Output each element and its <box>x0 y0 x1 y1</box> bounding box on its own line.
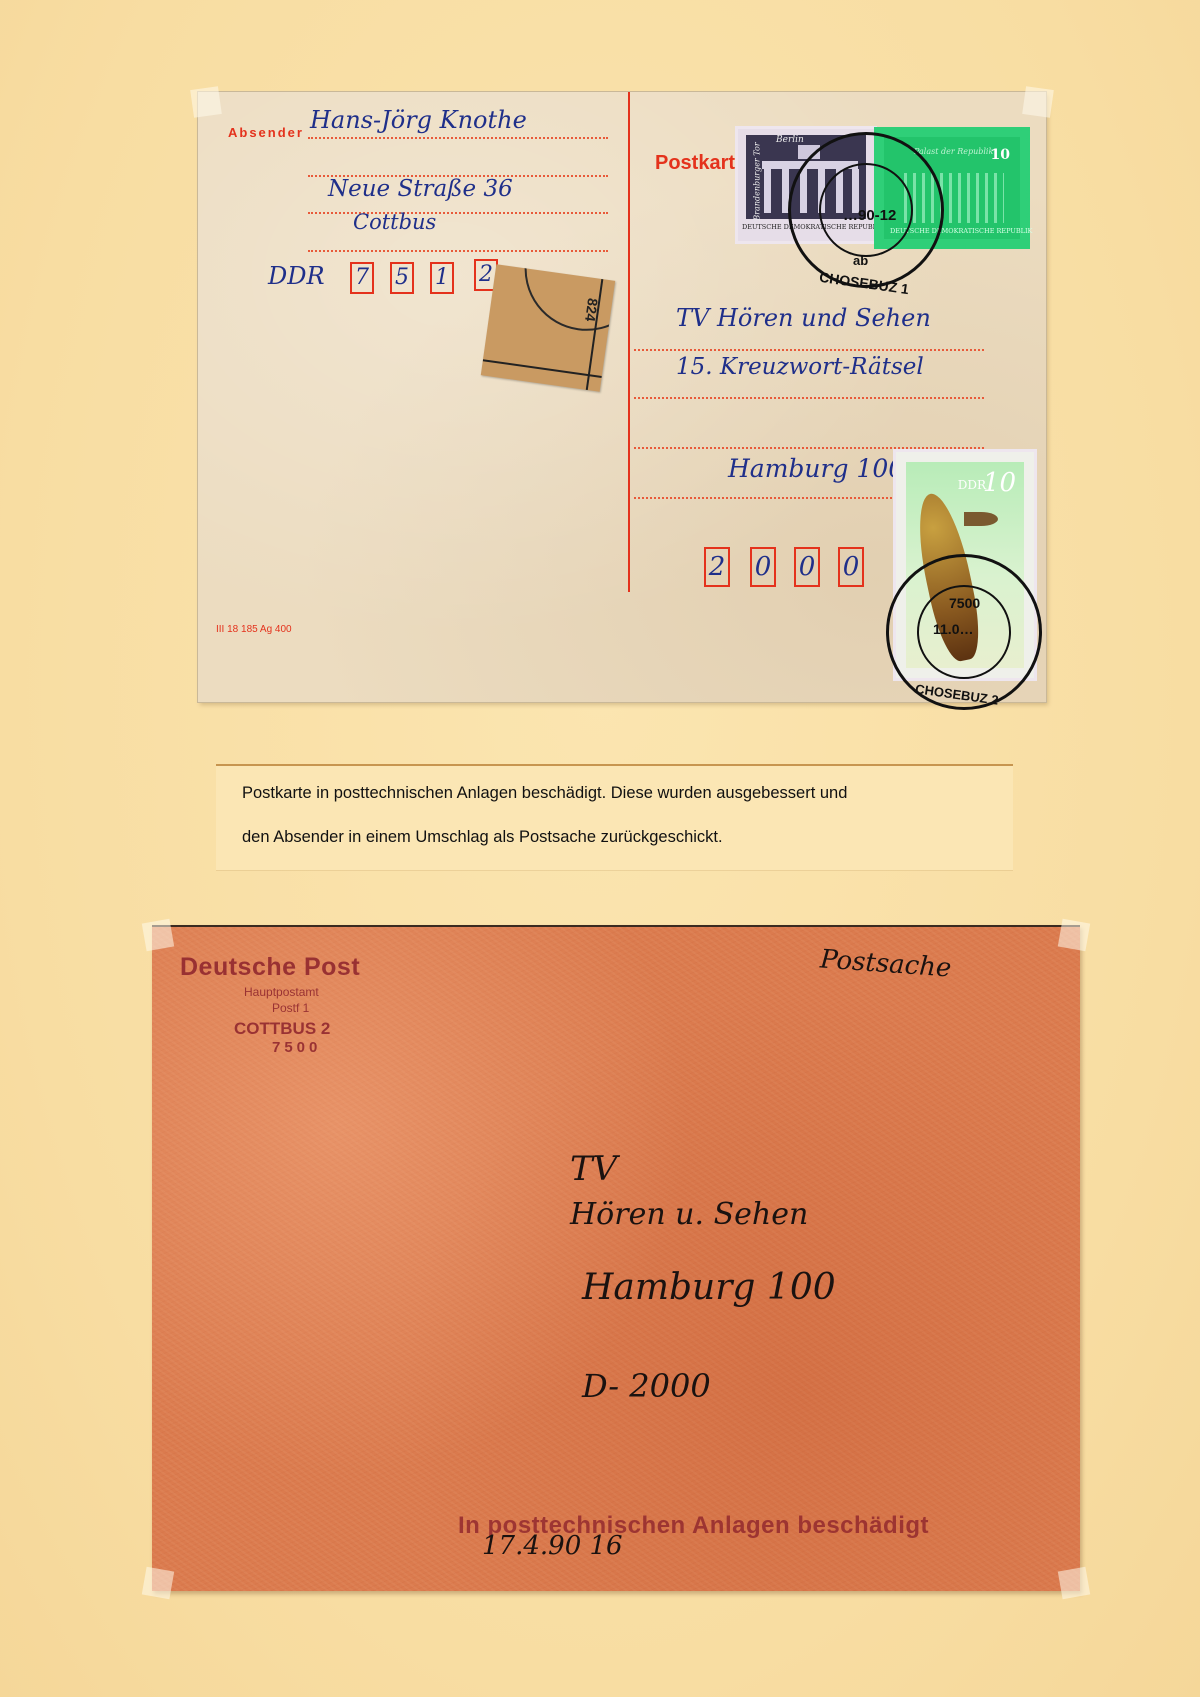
sender-zip-box: 7 <box>350 262 374 294</box>
dotted-line <box>308 137 608 139</box>
card-title: Postkarte <box>655 152 746 175</box>
repair-label: 824 <box>481 264 615 392</box>
recipient-zip-box: 0 <box>838 547 864 587</box>
dotted-line <box>634 497 904 499</box>
env-recipient-line-4: D- 2000 <box>582 1367 711 1405</box>
mounting-corner <box>1058 1567 1090 1599</box>
caption-box: Postkarte in posttechnischen Anlagen bes… <box>216 764 1013 870</box>
mounting-corner <box>142 919 174 951</box>
recipient-city: Hamburg 100 <box>728 454 904 483</box>
sender-stamp-title: Deutsche Post <box>180 953 360 982</box>
sender-name: Hans-Jörg Knothe <box>310 106 527 134</box>
mounting-corner <box>142 1567 174 1599</box>
sender-city: Cottbus <box>353 210 436 234</box>
signature: 17.4.90 16 <box>482 1531 623 1561</box>
envelope: Deutsche Post Hauptpostamt Postf 1 COTTB… <box>152 925 1080 1591</box>
album-page: Absender Hans-Jörg Knothe Neue Straße 36… <box>0 0 1200 1697</box>
env-recipient-line-2: Hören u. Sehen <box>570 1197 808 1232</box>
env-recipient-line-3: Hamburg 100 <box>582 1267 836 1308</box>
sender-stamp-city: COTTBUS 2 <box>234 1019 330 1039</box>
dotted-line <box>634 447 984 449</box>
sender-stamp-zip: 7500 <box>272 1039 321 1056</box>
postcard: Absender Hans-Jörg Knothe Neue Straße 36… <box>198 92 1046 702</box>
postsache-marking: Postsache <box>819 944 952 983</box>
mounting-corner <box>1022 86 1054 118</box>
dotted-line <box>634 349 984 351</box>
sender-stamp-line: Hauptpostamt <box>244 985 319 999</box>
recipient-zip-box: 0 <box>750 547 776 587</box>
dotted-line <box>634 397 984 399</box>
recipient-line-2: 15. Kreuzwort-Rätsel <box>676 354 924 380</box>
recipient-line-1: TV Hören und Sehen <box>676 304 931 332</box>
sender-street: Neue Straße 36 <box>328 176 513 202</box>
postmark-cottbus-1: …90-12 ab CHOSEBUZ 1 <box>788 132 944 288</box>
sender-stamp-line: Postf 1 <box>272 1001 309 1015</box>
caption-line-2: den Absender in einem Umschlag als Posts… <box>242 828 723 847</box>
caption-line-1: Postkarte in posttechnischen Anlagen bes… <box>242 784 847 803</box>
label-number: 824 <box>582 297 601 322</box>
recipient-zip-box: 2 <box>704 547 730 587</box>
print-code: III 18 185 Ag 400 <box>216 624 292 635</box>
sender-label: Absender <box>228 125 304 140</box>
mounting-corner <box>190 86 222 118</box>
sender-zip-box: 5 <box>390 262 414 294</box>
sender-zip-box: 1 <box>430 262 454 294</box>
dotted-line <box>308 250 608 252</box>
sender-country: DDR <box>268 262 325 290</box>
mounting-corner <box>1058 919 1090 951</box>
recipient-zip-box: 0 <box>794 547 820 587</box>
card-divider <box>628 92 630 592</box>
env-recipient-line-1: TV <box>570 1149 617 1189</box>
postmark-cottbus-2: 7500 11.0… CHOSEBUZ 2 <box>886 554 1042 710</box>
